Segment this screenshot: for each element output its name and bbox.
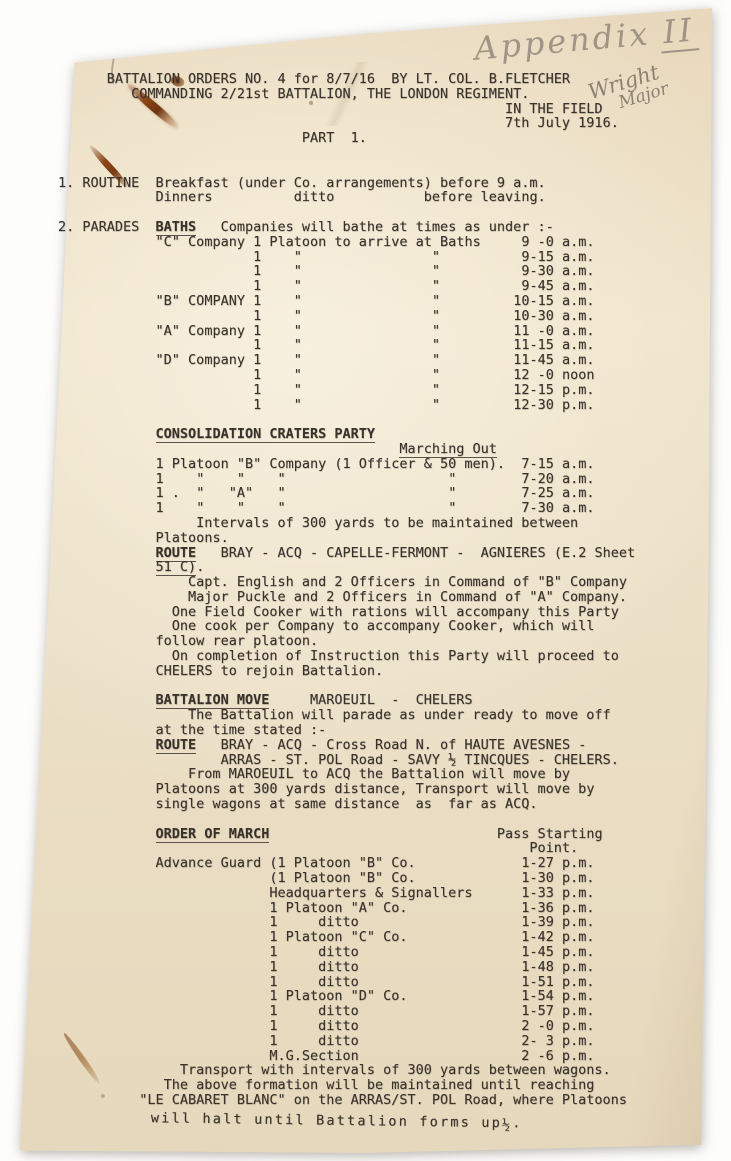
typed-text: Platoons at 300 yards distance, Transpor… <box>156 781 595 797</box>
typed-line: Platoons at 300 yards distance, Transpor… <box>58 782 635 797</box>
typed-line: Headquarters & Signallers 1-33 p.m. <box>58 886 635 901</box>
typed-text: 1-30 p.m. <box>521 870 594 886</box>
typed-line: 1 " " 11-15 a.m. <box>58 338 635 353</box>
typed-text: 1 <box>253 323 261 339</box>
typed-text: " <box>294 249 302 265</box>
typed-text: Companies will bathe at times as under :… <box>221 219 554 235</box>
typed-line: 1 Platoon "B" Company (1 Officer & 50 me… <box>58 457 635 472</box>
typed-text: " <box>448 500 456 516</box>
typed-text: " <box>294 323 302 339</box>
typed-text: 1 <box>156 471 164 487</box>
typed-text: " <box>237 471 245 487</box>
typed-text: Platoons. <box>156 530 229 546</box>
typed-text: " <box>196 471 204 487</box>
paper-speck <box>40 454 45 460</box>
photographed-document: AppendixII WrightMajor BATTALION ORDERS … <box>0 0 731 1161</box>
typed-text: 1 <box>269 944 277 960</box>
typed-text: (1 Platoon "B" Co. <box>269 870 415 886</box>
typed-line: 7th July 1916. <box>58 116 635 131</box>
typed-text: COMMANDING 2/21st BATTALION, THE LONDON … <box>131 86 529 102</box>
typed-line: Advance Guard (1 Platoon "B" Co. 1-27 p.… <box>58 856 635 871</box>
typed-line <box>58 812 635 827</box>
typed-text: . <box>196 559 204 575</box>
typed-line: 1 ditto 1-45 p.m. <box>58 945 635 960</box>
typed-line: 1 " " 12-30 p.m. <box>58 398 635 413</box>
typed-line: 1 " " 10-30 a.m. <box>58 309 635 324</box>
typed-line: Platoons. <box>58 531 635 546</box>
typed-text: " <box>432 249 440 265</box>
typed-text: BATTALION ORDERS NO. 4 for 8/7/16 BY LT.… <box>107 71 570 87</box>
typed-text: Transport with intervals of 300 yards be… <box>180 1062 611 1078</box>
paper-speck <box>35 713 41 718</box>
typed-text: The above formation will be maintained u… <box>164 1077 595 1093</box>
typed-text: " <box>294 337 302 353</box>
typed-text: 1 <box>253 308 261 324</box>
typed-text: 12-15 p.m. <box>513 382 594 398</box>
typed-text: " <box>237 500 245 516</box>
typed-text: 1 <box>253 352 261 368</box>
typed-text: 1 <box>269 1033 277 1049</box>
typed-text: 7-20 a.m. <box>521 471 594 487</box>
typed-text: " <box>294 263 302 279</box>
typed-text: " <box>294 367 302 383</box>
typed-text: 9 -0 a.m. <box>513 234 594 250</box>
typed-line: PART 1. <box>58 131 635 146</box>
typed-text: 1-57 p.m. <box>521 1003 594 1019</box>
typed-line: 1 . " "A" " " 7-25 a.m. <box>58 486 635 501</box>
typed-text: 1 <box>253 337 261 353</box>
appendix-numeral: II <box>658 10 699 53</box>
typed-line: 2. PARADES BATHS Companies will bathe at… <box>58 220 635 235</box>
typed-text: " <box>278 485 286 501</box>
typed-text: " <box>196 485 204 501</box>
typed-text: 12 -0 noon <box>513 367 594 383</box>
typed-text: Dinners <box>156 189 213 205</box>
typed-text: "D" Company <box>156 352 245 368</box>
typed-text: 1 <box>253 278 261 294</box>
typed-line: (1 Platoon "B" Co. 1-30 p.m. <box>58 871 635 886</box>
typed-text: On completion of Instruction this Party … <box>172 648 619 664</box>
typed-line: 1 " " 9-30 a.m. <box>58 264 635 279</box>
typed-text: " <box>432 352 440 368</box>
typed-line: Marching Out <box>58 442 635 457</box>
typed-line: COMMANDING 2/21st BATTALION, THE LONDON … <box>58 87 635 102</box>
typed-text: 9-30 a.m. <box>513 263 594 279</box>
typed-line: follow rear platoon. <box>58 634 635 649</box>
typed-line: 1 " " 9-15 a.m. <box>58 250 635 265</box>
typed-text: 7-30 a.m. <box>521 500 594 516</box>
typed-line: Point. <box>58 841 635 856</box>
typed-line: CONSOLIDATION CRATERS PARTY <box>58 427 635 442</box>
typed-text: ½ <box>502 1117 513 1133</box>
typed-line: The Battalion will parade as under ready… <box>58 708 635 723</box>
typed-line <box>58 205 635 220</box>
typed-text: PART 1. <box>302 130 367 146</box>
typed-text: follow rear platoon. <box>156 633 319 649</box>
typed-text: " <box>432 263 440 279</box>
typed-line: 1 " " 9-45 a.m. <box>58 279 635 294</box>
typed-text: BRAY - ACQ - CAPELLE-FERMONT - AGNIERES … <box>221 545 636 561</box>
typed-text: 1 <box>253 249 261 265</box>
typed-text: " <box>432 293 440 309</box>
typed-text: 9-15 a.m. <box>513 249 594 265</box>
typed-line <box>58 412 635 427</box>
typed-line: 1 ditto 1-48 p.m. <box>58 960 635 975</box>
typed-text: 10-30 a.m. <box>513 308 594 324</box>
typed-text: Headquarters & Signallers <box>269 885 472 901</box>
typed-text: 1 <box>269 1018 277 1034</box>
typed-text: " <box>432 308 440 324</box>
typed-text: 1 Platoon "D" Co. <box>269 988 407 1004</box>
typed-text: " <box>432 337 440 353</box>
typed-text: " <box>294 397 302 413</box>
typed-line <box>58 161 635 176</box>
typed-text: BRAY - ACQ - Cross Road N. of HAUTE AVES… <box>221 737 587 753</box>
typed-line: Capt. English and 2 Officers in Command … <box>58 575 635 590</box>
typed-line: 1 " " " " 7-30 a.m. <box>58 501 635 516</box>
typed-text: 7-15 a.m. <box>521 456 594 472</box>
typed-text: 11-15 a.m. <box>513 337 594 353</box>
typed-text: 1 Platoon "C" Co. <box>269 929 407 945</box>
typed-text: " <box>196 500 204 516</box>
typed-line: 1 Platoon "D" Co. 1-54 p.m. <box>58 989 635 1004</box>
typed-line: CHELERS to rejoin Battalion. <box>58 664 635 679</box>
typed-text: "A" Company <box>156 323 245 339</box>
typed-line: 1 " " " " 7-20 a.m. <box>58 472 635 487</box>
typed-text: 2. PARADES <box>58 219 139 235</box>
typed-text: "B" COMPANY <box>156 293 245 309</box>
typed-line: The above formation will be maintained u… <box>58 1078 635 1093</box>
typed-line: Transport with intervals of 300 yards be… <box>58 1063 635 1078</box>
typed-text: Intervals of 300 yards to be maintained … <box>196 515 578 531</box>
typed-text: 9-45 a.m. <box>513 278 594 294</box>
typed-text: 1-54 p.m. <box>521 988 594 1004</box>
typed-line: "B" COMPANY 1 " " 10-15 a.m. <box>58 294 635 309</box>
typed-text: " <box>294 382 302 398</box>
typed-text: 1 <box>269 959 277 975</box>
typed-text: 1-48 p.m. <box>521 959 594 975</box>
typed-text: "C" Company <box>156 234 245 250</box>
typed-text: ditto <box>318 959 359 975</box>
typed-line <box>58 146 635 161</box>
typed-text: ditto <box>318 944 359 960</box>
typed-text: 1 <box>253 382 261 398</box>
typed-text: " <box>448 485 456 501</box>
typed-text: " <box>432 367 440 383</box>
typed-text: 1 <box>253 234 261 250</box>
typed-text: 1 <box>253 367 261 383</box>
typed-text: CHELERS to rejoin Battalion. <box>156 663 384 679</box>
typed-text: " <box>432 278 440 294</box>
typed-text: 1 <box>253 293 261 309</box>
typed-line: ROUTE BRAY - ACQ - Cross Road N. of HAUT… <box>58 738 635 753</box>
typed-text: Platoon to arrive at Baths <box>269 234 480 250</box>
typed-text: single wagons at same distance as far as… <box>156 796 538 812</box>
typed-line: Intervals of 300 yards to be maintained … <box>58 516 635 531</box>
typed-text: 12-30 p.m. <box>513 397 594 413</box>
typed-text: ditto <box>318 1033 359 1049</box>
typed-text: 1-33 p.m. <box>521 885 594 901</box>
typed-line: 1 ditto 1-39 p.m. <box>58 915 635 930</box>
typed-line: 1 Platoon "C" Co. 1-42 p.m. <box>58 930 635 945</box>
typed-text: 1 . <box>156 485 180 501</box>
typed-text: 11 -0 a.m. <box>513 323 594 339</box>
typed-text: " <box>294 352 302 368</box>
typed-orders-text: BATTALION ORDERS NO. 4 for 8/7/16 BY LT.… <box>58 72 635 1126</box>
typed-text: 1 <box>156 500 164 516</box>
typed-text: 1-45 p.m. <box>521 944 594 960</box>
typed-text: at the time stated :- <box>156 722 327 738</box>
typed-text: " <box>294 278 302 294</box>
typed-text: " <box>278 471 286 487</box>
typed-line: "C" Company 1 Platoon to arrive at Baths… <box>58 235 635 250</box>
typed-text: The Battalion will parade as under ready… <box>188 707 611 723</box>
typed-text: ditto <box>318 1003 359 1019</box>
typed-text: 1 Platoon "B" Company (1 Officer & 50 me… <box>156 456 506 472</box>
typed-text: 1 <box>269 1003 277 1019</box>
typed-text: " <box>294 293 302 309</box>
typed-text: 10-15 a.m. <box>513 293 594 309</box>
typed-text: 1 <box>253 397 261 413</box>
typed-text: ditto <box>318 1018 359 1034</box>
typed-line: "A" Company 1 " " 11 -0 a.m. <box>58 324 635 339</box>
typed-text: " <box>278 500 286 516</box>
typed-text: before leaving. <box>424 189 546 205</box>
typed-text: Major Puckle and 2 Officers in Command o… <box>188 589 627 605</box>
typed-line: 1 " " 12 -0 noon <box>58 368 635 383</box>
typed-text: " <box>294 308 302 324</box>
typed-text: 1 <box>253 263 261 279</box>
typed-text: 2- 3 p.m. <box>521 1033 594 1049</box>
typed-line: 1 ditto 2- 3 p.m. <box>58 1034 635 1049</box>
typed-text: 1-27 p.m. <box>521 855 594 871</box>
typed-line: BATTALION ORDERS NO. 4 for 8/7/16 BY LT.… <box>58 72 635 87</box>
typed-text: " <box>448 471 456 487</box>
typed-line: Major Puckle and 2 Officers in Command o… <box>58 590 635 605</box>
typed-text: . <box>512 1115 523 1131</box>
typed-line: 51 C). <box>58 560 635 575</box>
typed-text: Capt. English and 2 Officers in Command … <box>188 574 627 590</box>
typed-text: " <box>432 382 440 398</box>
typed-text: 11-45 a.m. <box>513 352 594 368</box>
typed-text: "LE CABARET BLANC" on the ARRAS/ST. POL … <box>139 1092 627 1108</box>
typed-text: "A" <box>229 485 253 501</box>
typed-line: "LE CABARET BLANC" on the ARRAS/ST. POL … <box>58 1093 635 1108</box>
typed-text: ditto <box>294 189 335 205</box>
typed-line <box>58 679 635 694</box>
typed-line: 1 ditto 1-57 p.m. <box>58 1004 635 1019</box>
typed-line: 1 " " 12-15 p.m. <box>58 383 635 398</box>
typed-text: 1-42 p.m. <box>521 929 594 945</box>
typed-text: 7-25 a.m. <box>521 485 594 501</box>
typed-line: On completion of Instruction this Party … <box>58 649 635 664</box>
typed-text: " <box>432 397 440 413</box>
typed-text: " <box>432 323 440 339</box>
typed-line: single wagons at same distance as far as… <box>58 797 635 812</box>
typed-text: Advance Guard (1 Platoon "B" Co. <box>156 855 416 871</box>
typed-line: 1 ditto 2 -0 p.m. <box>58 1019 635 1034</box>
typed-line: "D" Company 1 " " 11-45 a.m. <box>58 353 635 368</box>
typed-line: at the time stated :- <box>58 723 635 738</box>
typed-text: 2 -0 p.m. <box>521 1018 594 1034</box>
typed-text: 7th July 1916. <box>505 115 619 131</box>
typed-line: Dinners ditto before leaving. <box>58 190 635 205</box>
